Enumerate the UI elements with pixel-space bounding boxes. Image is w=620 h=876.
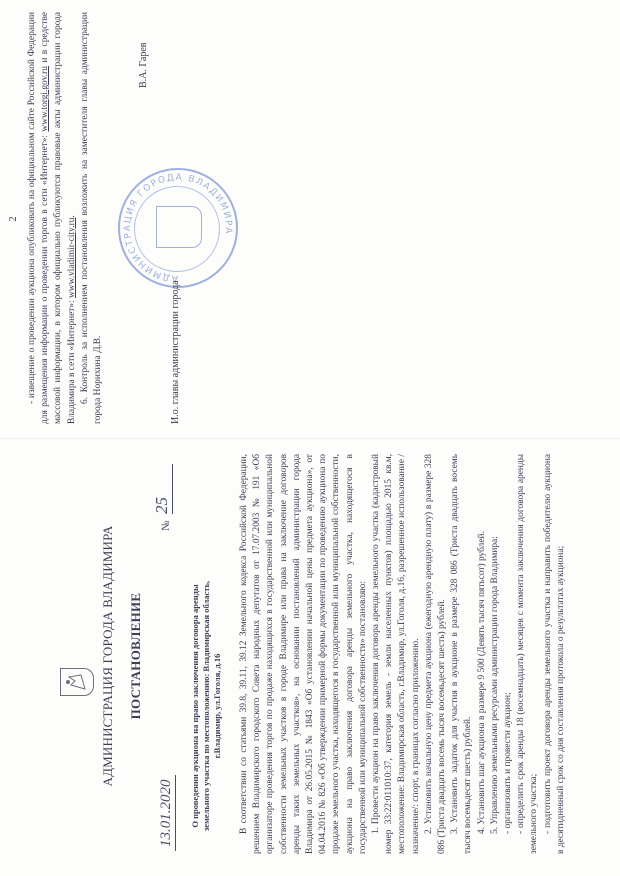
paragraph-item-4: 4. Установить шаг аукциона в размере 9 5… bbox=[476, 454, 489, 854]
paragraph-item-5-sub-3: - подготовить проект договора аренды зем… bbox=[542, 454, 568, 854]
document-type-title: ПОСТАНОВЛЕНИЕ bbox=[128, 466, 144, 846]
decree-body-page-2: - извещение о проведении аукциона опубли… bbox=[26, 12, 105, 424]
paragraph-item-5-sub-1: - организовать и провести аукцион; bbox=[502, 454, 515, 854]
vladimir-coat-of-arms-icon bbox=[60, 668, 94, 696]
seal-coat-of-arms-icon bbox=[156, 206, 202, 248]
official-seal-stamp: АДМИНИСТРАЦИЯ ГОРОДА ВЛАДИМИРА bbox=[118, 168, 238, 288]
signatory-role: И.о. главы администрации города bbox=[170, 280, 181, 424]
paragraph-item-3: 3. Установить задаток для участия в аукц… bbox=[449, 454, 475, 854]
paragraph-item-6: 6. Контроль за исполнением постановления… bbox=[79, 12, 105, 424]
scanned-document-sheet: АДМИНИСТРАЦИЯ ГОРОДА ВЛАДИМИРА ПОСТАНОВЛ… bbox=[0, 0, 620, 876]
decree-subject: О проведении аукциона на право заключени… bbox=[190, 576, 223, 836]
decree-date: 13.01.2020 bbox=[158, 776, 176, 852]
decree-number: 25 bbox=[152, 464, 173, 514]
subject-line: земельного участка по местоположению: Вл… bbox=[201, 576, 212, 836]
paragraph-item-5: 5. Управлению земельными ресурсами админ… bbox=[489, 454, 502, 854]
paragraph-item-1: 1. Провести аукцион на право заключения … bbox=[370, 454, 423, 854]
page-2: 2 - извещение о проведении аукциона опуб… bbox=[0, 0, 620, 438]
subject-line: г.Владимир, ул.Гоголя, д.16 bbox=[212, 576, 223, 836]
decree-body-page-1: В соответствии со статьями 39.8, 39.11, … bbox=[238, 454, 568, 854]
signatory-name: В.А. Гарев bbox=[138, 42, 149, 88]
website-link[interactable]: www.vladimir-city.ru bbox=[67, 218, 77, 298]
subject-line: О проведении аукциона на право заключени… bbox=[190, 576, 201, 836]
paragraph-item-2: 2. Установить начальную цену предмета ау… bbox=[423, 454, 449, 854]
paragraph-item-5-sub-4: - извещение о проведении аукциона опубли… bbox=[26, 12, 79, 424]
page-1: АДМИНИСТРАЦИЯ ГОРОДА ВЛАДИМИРА ПОСТАНОВЛ… bbox=[0, 438, 620, 876]
organization-title: АДМИНИСТРАЦИЯ ГОРОДА ВЛАДИМИРА bbox=[100, 466, 116, 846]
paragraph-item-5-sub-2: - определить срок аренды 18 (восемнадцат… bbox=[515, 454, 541, 854]
website-link[interactable]: www.torgi.gov.ru bbox=[40, 66, 50, 132]
decree-number-label: № bbox=[160, 521, 172, 532]
paragraph-preamble: В соответствии со статьями 39.8, 39.11, … bbox=[238, 454, 370, 854]
page-number: 2 bbox=[8, 0, 19, 438]
